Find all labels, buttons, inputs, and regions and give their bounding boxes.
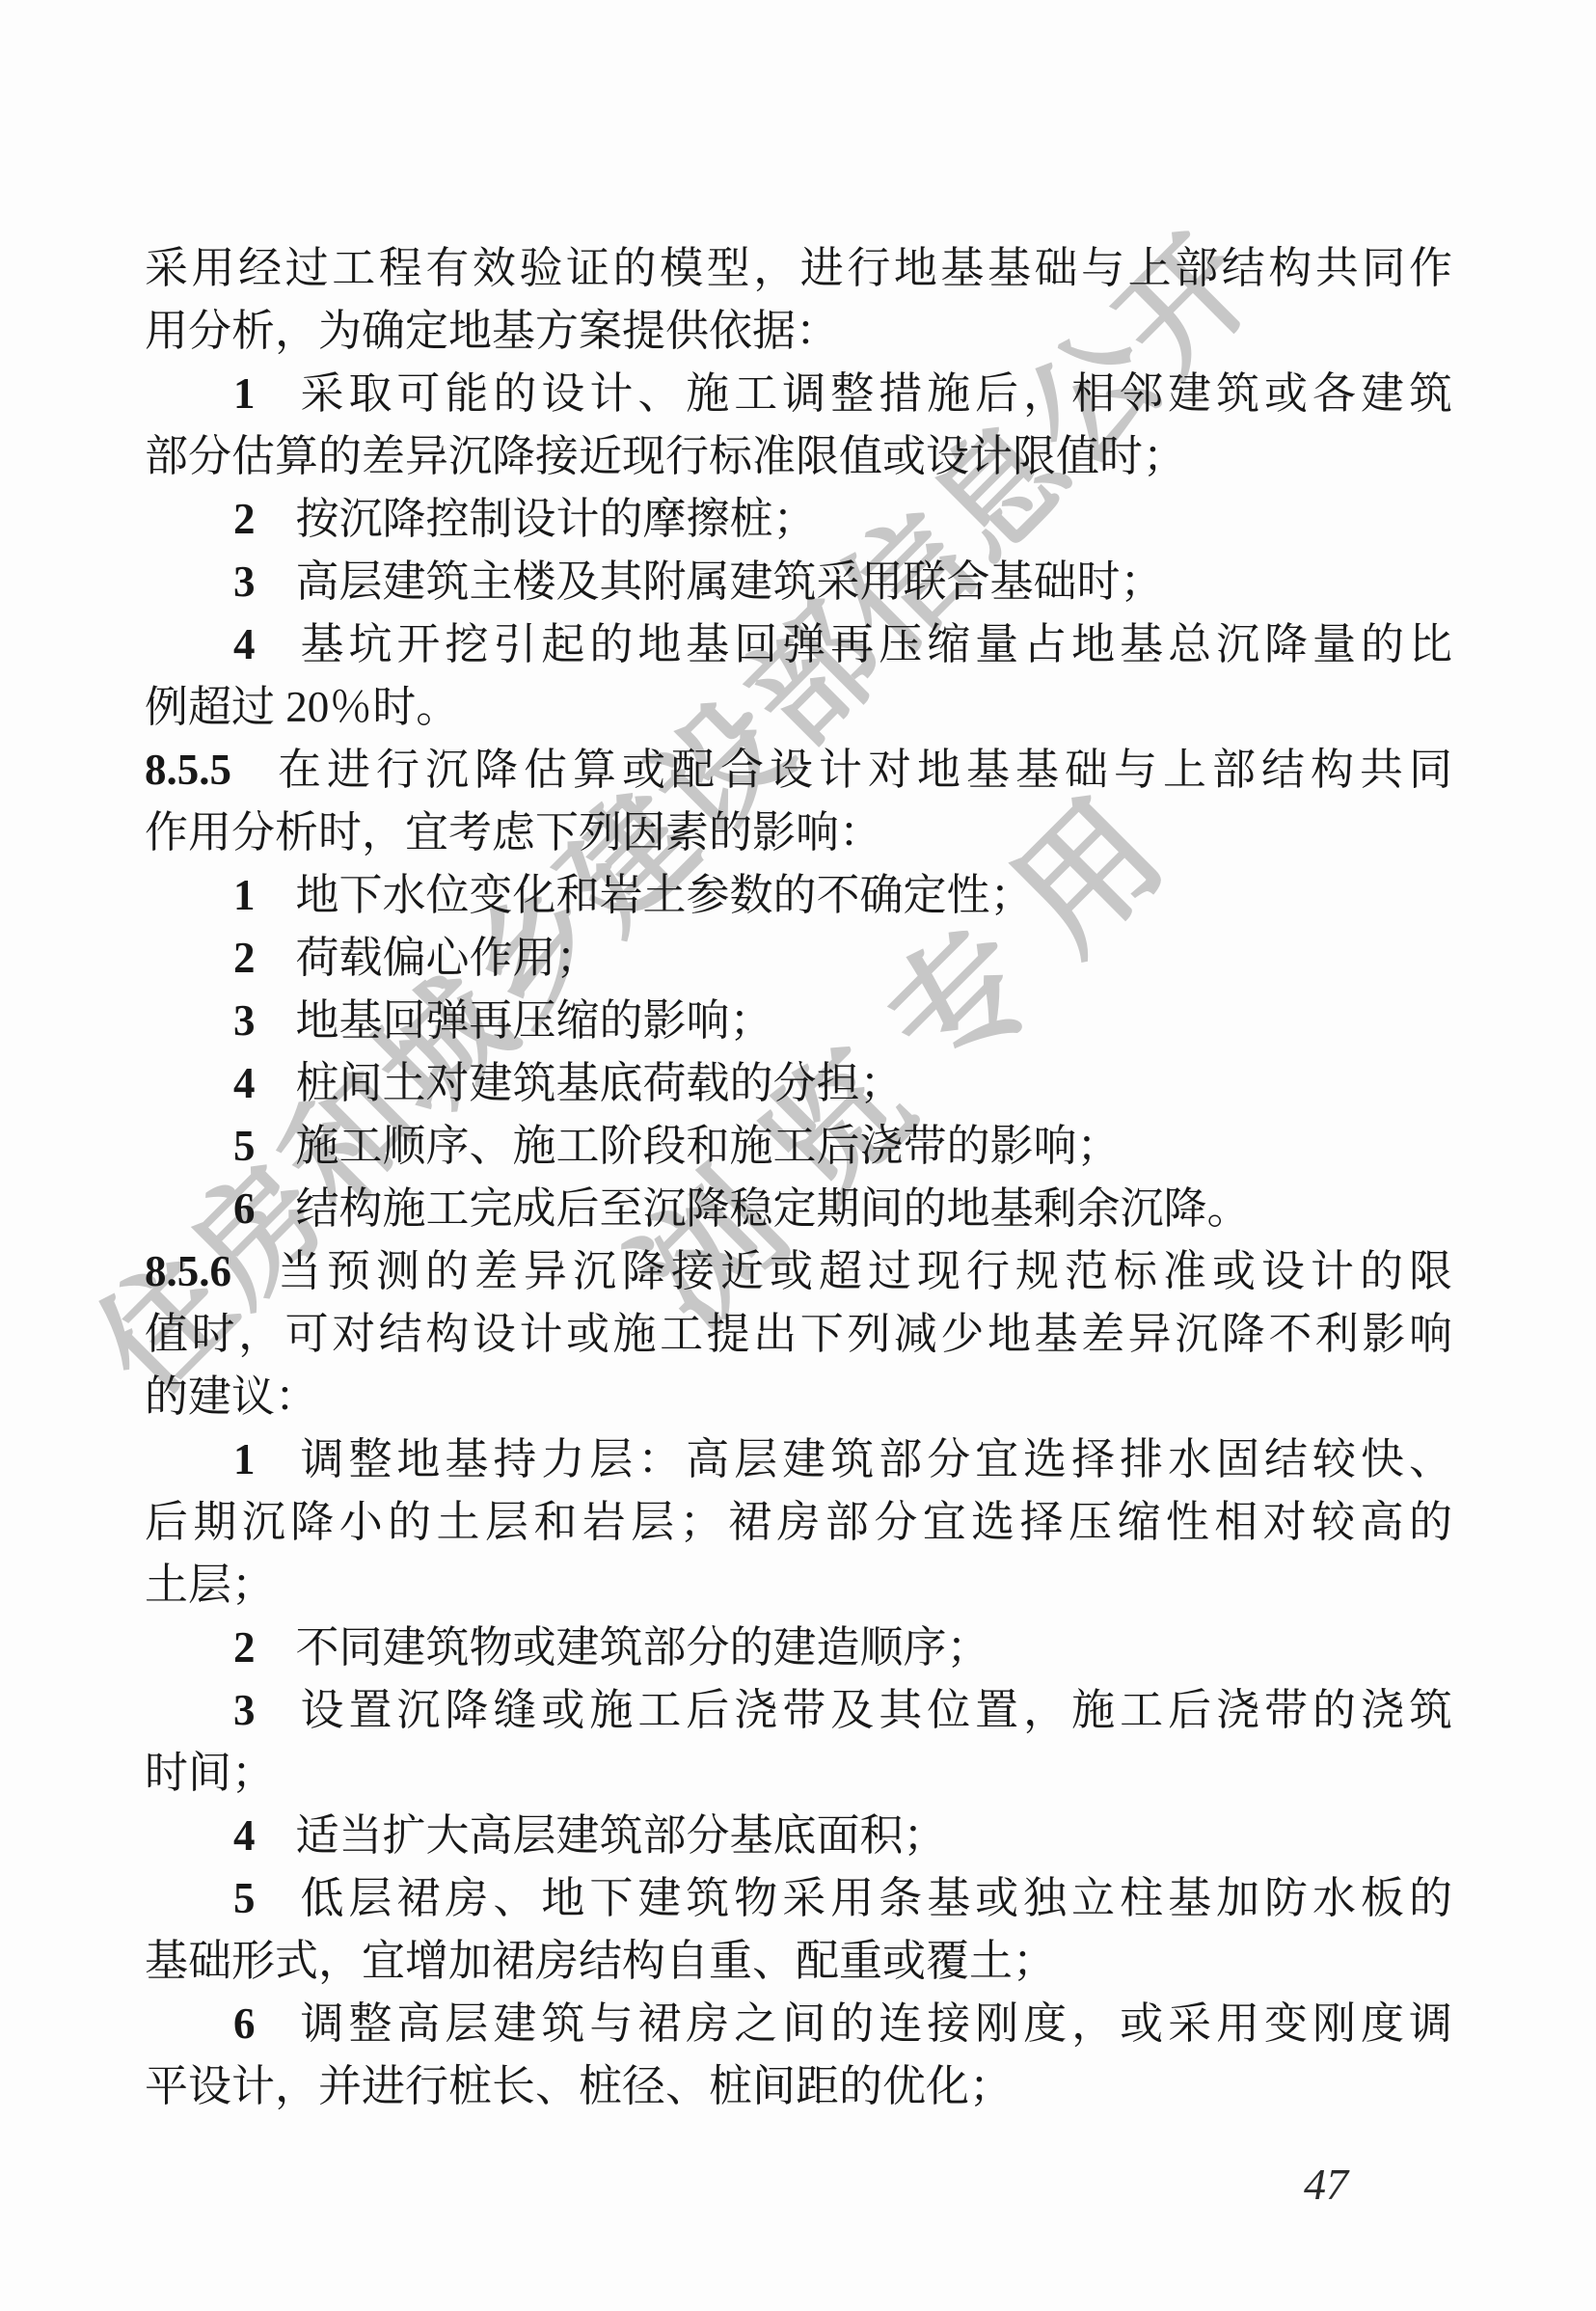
line-text: 适当扩大高层建筑部分基底面积； — [296, 1811, 947, 1860]
document-body: 采用经过工程有效验证的模型，进行地基基础与上部结构共同作用分析，为确定地基方案提… — [145, 237, 1452, 2118]
line-text: 土层； — [145, 1561, 275, 1609]
text-line-numbered: 3地基回弹再压缩的影响； — [145, 990, 1452, 1052]
text-line-numbered: 8.5.6当预测的差异沉降接近或超过现行规范标准或设计的限 — [145, 1240, 1452, 1303]
text-line-numbered: 1调整地基持力层：高层建筑部分宜选择排水固结较快、 — [145, 1428, 1452, 1491]
text-line-numbered: 5施工顺序、施工阶段和施工后浇带的影响； — [145, 1115, 1452, 1178]
item-number: 6 — [233, 1999, 256, 2048]
text-line: 平设计，并进行桩长、桩径、桩间距的优化； — [145, 2055, 1452, 2118]
line-text: 采用经过工程有效验证的模型，进行地基基础与上部结构共同作 — [145, 244, 1452, 292]
line-text: 高层建筑主楼及其附属建筑采用联合基础时； — [296, 557, 1164, 606]
line-text: 基坑开挖引起的地基回弹再压缩量占地基总沉降量的比 — [296, 620, 1453, 668]
item-number: 1 — [233, 871, 256, 919]
line-text: 调整地基持力层：高层建筑部分宜选择排水固结较快、 — [296, 1435, 1453, 1483]
item-number: 5 — [233, 1874, 256, 1922]
item-number: 6 — [233, 1184, 256, 1233]
document-page: 住房和城乡建设部信息公开 浏览专用 采用经过工程有效验证的模型，进行地基基础与上… — [0, 0, 1596, 2311]
line-text: 用分析，为确定地基方案提供依据： — [145, 307, 839, 355]
line-text: 当预测的差异沉降接近或超过现行规范标准或设计的限 — [272, 1247, 1452, 1295]
item-number: 3 — [233, 557, 256, 606]
line-text: 时间； — [145, 1749, 275, 1797]
text-line: 后期沉降小的土层和岩层；裙房部分宜选择压缩性相对较高的 — [145, 1491, 1452, 1554]
line-text: 后期沉降小的土层和岩层；裙房部分宜选择压缩性相对较高的 — [145, 1498, 1452, 1546]
text-line-numbered: 4适当扩大高层建筑部分基底面积； — [145, 1805, 1452, 1867]
item-number: 5 — [233, 1122, 256, 1170]
text-line: 土层； — [145, 1554, 1452, 1617]
text-line-numbered: 4基坑开挖引起的地基回弹再压缩量占地基总沉降量的比 — [145, 613, 1452, 676]
text-line: 部分估算的差异沉降接近现行标准限值或设计限值时； — [145, 425, 1452, 488]
page-number: 47 — [1304, 2159, 1348, 2210]
text-line: 用分析，为确定地基方案提供依据： — [145, 300, 1452, 363]
line-text: 基础形式，宜增加裙房结构自重、配重或覆土； — [145, 1937, 1056, 1985]
text-line: 时间； — [145, 1742, 1452, 1805]
item-number: 4 — [233, 1811, 256, 1860]
text-line: 作用分析时，宜考虑下列因素的影响： — [145, 802, 1452, 864]
item-number: 2 — [233, 934, 256, 982]
text-line-numbered: 2荷载偏心作用； — [145, 927, 1452, 990]
item-number: 2 — [233, 1623, 256, 1672]
line-text: 荷载偏心作用； — [296, 934, 600, 982]
text-line-numbered: 4桩间土对建筑基底荷载的分担； — [145, 1052, 1452, 1115]
text-line-numbered: 3设置沉降缝或施工后浇带及其位置，施工后浇带的浇筑 — [145, 1679, 1452, 1742]
item-number: 8.5.6 — [145, 1247, 231, 1295]
text-line-numbered: 1地下水位变化和岩土参数的不确定性； — [145, 864, 1452, 927]
line-text: 结构施工完成后至沉降稳定期间的地基剩余沉降。 — [296, 1184, 1251, 1233]
line-text: 平设计，并进行桩长、桩径、桩间距的优化； — [145, 2062, 1013, 2110]
text-line: 基础形式，宜增加裙房结构自重、配重或覆土； — [145, 1930, 1452, 1993]
line-text: 施工顺序、施工阶段和施工后浇带的影响； — [296, 1122, 1121, 1170]
line-text: 值时，可对结构设计或施工提出下列减少地基差异沉降不利影响 — [145, 1310, 1452, 1358]
text-line-numbered: 6结构施工完成后至沉降稳定期间的地基剩余沉降。 — [145, 1178, 1452, 1240]
line-text: 部分估算的差异沉降接近现行标准限值或设计限值时； — [145, 432, 1186, 480]
line-text: 地基回弹再压缩的影响； — [296, 996, 773, 1045]
item-number: 4 — [233, 620, 256, 668]
line-text: 不同建筑物或建筑部分的建造顺序； — [296, 1623, 990, 1672]
item-number: 2 — [233, 495, 256, 543]
item-number: 1 — [233, 1435, 256, 1483]
text-line-numbered: 5低层裙房、地下建筑物采用条基或独立柱基加防水板的 — [145, 1867, 1452, 1930]
text-line: 的建议： — [145, 1366, 1452, 1428]
text-line-numbered: 6调整高层建筑与裙房之间的连接刚度，或采用变刚度调 — [145, 1993, 1452, 2055]
line-text: 的建议： — [145, 1373, 318, 1421]
text-line-numbered: 1采取可能的设计、施工调整措施后，相邻建筑或各建筑 — [145, 363, 1452, 425]
line-text: 设置沉降缝或施工后浇带及其位置，施工后浇带的浇筑 — [296, 1686, 1453, 1734]
line-text: 例超过 20％时。 — [145, 683, 459, 731]
item-number: 3 — [233, 996, 256, 1045]
line-text: 桩间土对建筑基底荷载的分担； — [296, 1059, 904, 1107]
text-line-numbered: 2按沉降控制设计的摩擦桩； — [145, 488, 1452, 551]
line-text: 采取可能的设计、施工调整措施后，相邻建筑或各建筑 — [296, 369, 1453, 418]
item-number: 8.5.5 — [145, 746, 231, 794]
text-line-numbered: 3高层建筑主楼及其附属建筑采用联合基础时； — [145, 551, 1452, 613]
line-text: 地下水位变化和岩土参数的不确定性； — [296, 871, 1034, 919]
item-number: 4 — [233, 1059, 256, 1107]
item-number: 1 — [233, 369, 256, 418]
line-text: 在进行沉降估算或配合设计对地基基础与上部结构共同 — [272, 746, 1452, 794]
line-text: 低层裙房、地下建筑物采用条基或独立柱基加防水板的 — [296, 1874, 1453, 1922]
text-line: 例超过 20％时。 — [145, 676, 1452, 739]
text-line-numbered: 2不同建筑物或建筑部分的建造顺序； — [145, 1617, 1452, 1679]
text-line: 采用经过工程有效验证的模型，进行地基基础与上部结构共同作 — [145, 237, 1452, 300]
line-text: 作用分析时，宜考虑下列因素的影响： — [145, 808, 882, 856]
item-number: 3 — [233, 1686, 256, 1734]
text-line-numbered: 8.5.5在进行沉降估算或配合设计对地基基础与上部结构共同 — [145, 739, 1452, 802]
line-text: 调整高层建筑与裙房之间的连接刚度，或采用变刚度调 — [296, 1999, 1453, 2048]
line-text: 按沉降控制设计的摩擦桩； — [296, 495, 817, 543]
text-line: 值时，可对结构设计或施工提出下列减少地基差异沉降不利影响 — [145, 1303, 1452, 1366]
